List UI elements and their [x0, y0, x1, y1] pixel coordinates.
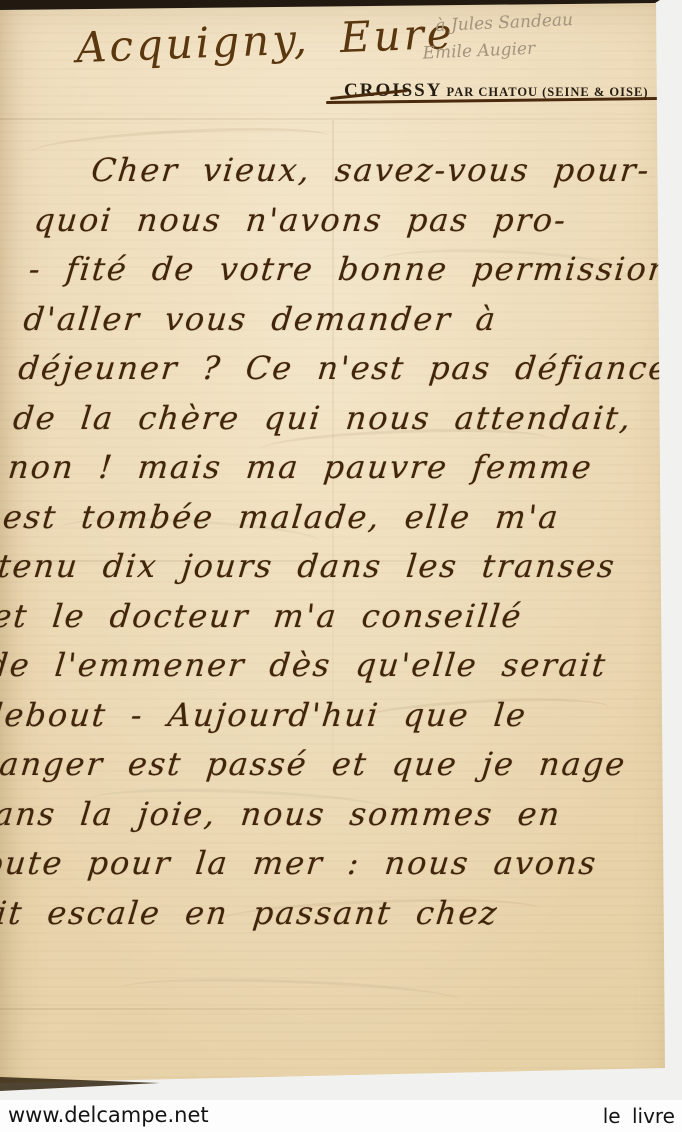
- letter-line: de l'emmener dès qu'elle serait: [0, 641, 596, 691]
- watermark-category: le livre: [603, 1104, 675, 1128]
- letter-line: - fité de votre bonne permission: [26, 245, 637, 295]
- paper-crease: [0, 118, 660, 120]
- scanned-letter-photo: Acquigny, Eure à Jules Sandeau Emile Aug…: [0, 0, 682, 1132]
- letter-line: déjeuner ? Ce n'est pas défiance: [16, 344, 627, 394]
- letter-line: non ! mais ma pauvre femme: [6, 443, 617, 493]
- watermark-site: www.delcampe.net: [8, 1103, 209, 1127]
- letter-paper: Acquigny, Eure à Jules Sandeau Emile Aug…: [0, 0, 682, 1132]
- letter-line: fait escale en passant chez: [0, 889, 570, 939]
- pencil-annotation-line2: Emile Augier: [422, 34, 575, 68]
- letter-body: Cher vieux, savez-vous pour- quoi nous n…: [0, 146, 648, 938]
- handwritten-place-date: Acquigny, Eure: [75, 9, 455, 72]
- pencil-annotation: à Jules Sandeau Emile Augier: [435, 7, 575, 67]
- watermark-bar: www.delcampe.net le livre: [0, 1100, 682, 1132]
- letter-line: danger est passé et que je nage: [0, 740, 586, 790]
- letter-line: de la chère qui nous attendait,: [11, 394, 622, 444]
- letter-line: debout - Aujourd'hui que le: [0, 691, 591, 741]
- letter-line: tenu dix jours dans les transes: [0, 542, 606, 592]
- letter-line: Cher vieux, savez-vous pour-: [37, 146, 648, 196]
- letter-line: dans la joie, nous sommes en: [0, 790, 580, 840]
- letter-line: d'aller vous demander à: [21, 295, 632, 345]
- letter-line: quoi nous n'avons pas pro-: [32, 196, 643, 246]
- letter-line: et le docteur m'a conseillé: [0, 592, 601, 642]
- letter-line: est tombée malade, elle m'a: [0, 493, 611, 543]
- letterhead-detail: PAR CHATOU: [446, 85, 538, 99]
- letter-line: route pour la mer : nous avons: [0, 839, 575, 889]
